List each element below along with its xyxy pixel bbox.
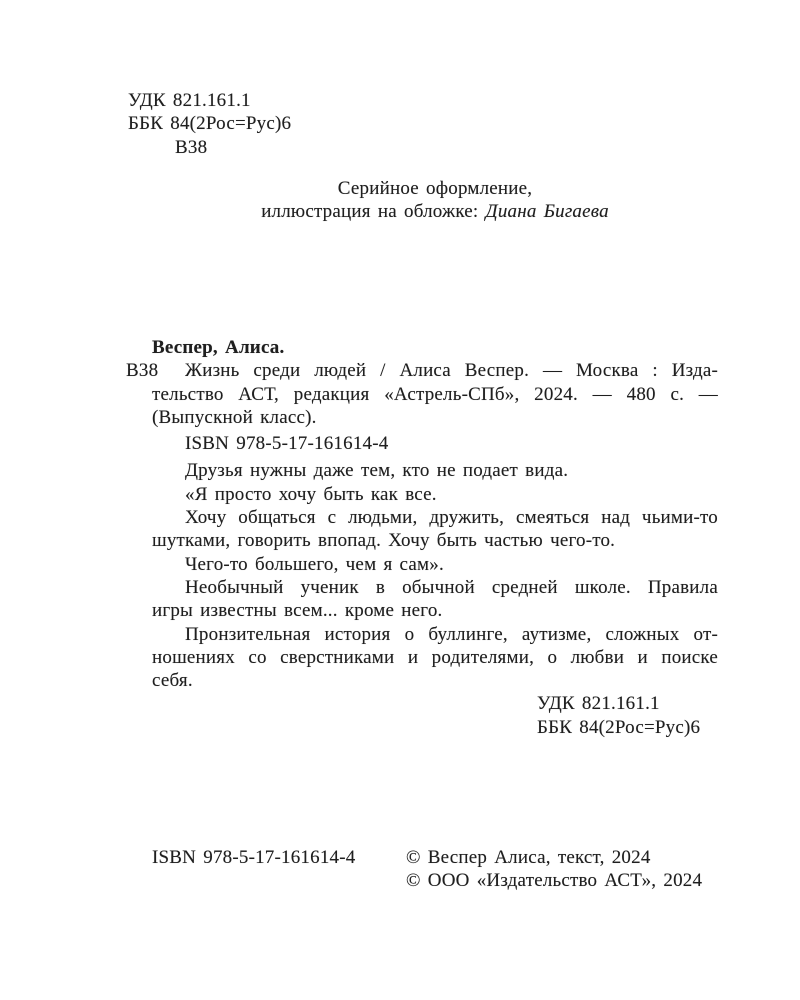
series-note-line2: иллюстрация на обложке: Диана Бигаева bbox=[152, 200, 718, 223]
annotation-line: Пронзительная история о буллинге, аутизм… bbox=[152, 623, 718, 646]
udk-line-bottom: УДК 821.161.1 bbox=[537, 692, 718, 715]
copyright-block: © Веспер Алиса, текст, 2024 © ООО «Издат… bbox=[406, 846, 702, 893]
annotation-line: Хочу общаться с людьми, дружить, смеятьс… bbox=[152, 506, 718, 529]
bibliography-line: (Выпускной класс). bbox=[152, 406, 718, 429]
bbk-line: ББК 84(2Рос=Рус)6 bbox=[128, 112, 291, 135]
series-note-line1: Серийное оформление, bbox=[152, 177, 718, 200]
isbn-line: ISBN 978-5-17-161614-4 bbox=[152, 432, 718, 455]
illustrator-name: Диана Бигаева bbox=[486, 201, 609, 222]
series-note: Серийное оформление, иллюстрация на обло… bbox=[152, 177, 718, 224]
udk-line: УДК 821.161.1 bbox=[128, 89, 291, 112]
annotation-line: ношениях со сверстниками и родителями, о… bbox=[152, 646, 718, 669]
bibliography-line: тельство АСТ, редакция «Астрель-СПб», 20… bbox=[152, 383, 718, 406]
classification-block: УДК 821.161.1 ББК 84(2Рос=Рус)6 В38 bbox=[128, 89, 291, 159]
annotation-line: игры известны всем... кроме него. bbox=[152, 599, 718, 622]
annotation-line: Друзья нужны даже тем, кто не подает вид… bbox=[152, 459, 718, 482]
classification-block-bottom: УДК 821.161.1 ББК 84(2Рос=Рус)6 bbox=[537, 692, 718, 739]
author-sign-code-card: В38 bbox=[126, 359, 158, 382]
annotation-line: Чего-то большего, чем я сам». bbox=[152, 553, 718, 576]
author-heading: Веспер, Алиса. bbox=[152, 336, 718, 359]
footer-isbn: ISBN 978-5-17-161614-4 bbox=[152, 846, 355, 869]
copyright-author: © Веспер Алиса, текст, 2024 bbox=[406, 846, 702, 869]
bibliography-line: В38Жизнь среди людей / Алиса Веспер. — М… bbox=[152, 359, 718, 382]
annotation-line: Необычный ученик в обычной средней школе… bbox=[152, 576, 718, 599]
author-sign-code: В38 bbox=[128, 136, 291, 159]
catalog-card: Веспер, Алиса. В38Жизнь среди людей / Ал… bbox=[152, 336, 718, 739]
book-imprint-page: УДК 821.161.1 ББК 84(2Рос=Рус)6 В38 Сери… bbox=[0, 0, 800, 1000]
annotation-line: себя. bbox=[152, 669, 718, 692]
series-note-line2-prefix: иллюстрация на обложке: bbox=[261, 201, 485, 222]
annotation-line: «Я просто хочу быть как все. bbox=[152, 483, 718, 506]
bbk-line-bottom: ББК 84(2Рос=Рус)6 bbox=[537, 716, 718, 739]
copyright-publisher: © ООО «Издательство АСТ», 2024 bbox=[406, 869, 702, 892]
annotation-line: шутками, говорить впопад. Хочу быть част… bbox=[152, 529, 718, 552]
